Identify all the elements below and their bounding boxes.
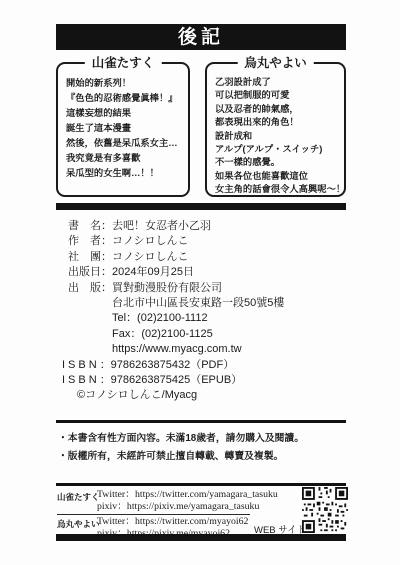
notice-line-copyright: ・版權所有，未經許可禁止擅自轉載、轉賣及複製。 <box>58 448 304 466</box>
author-name-yamagara: 山雀たすく <box>85 54 162 72</box>
qr-code <box>302 487 348 533</box>
link-author-name: 山雀たすく <box>57 489 97 512</box>
author-links: 山雀たすく Twitter：https://twitter.com/yamaga… <box>57 489 278 539</box>
notice-rule-top <box>56 420 346 423</box>
afterword-line: アルプ(アルプ・スイッチ) <box>215 143 339 156</box>
afterword-line: 誕生了這本漫畫 <box>66 121 183 136</box>
isbn-pdf: ISBN：9786263875432（PDF） <box>62 358 284 373</box>
colophon: 書 名：去吧！女忍者小乙羽 作 者：コノシロしんこ 社 團：コノシロしんこ 出版… <box>68 219 284 404</box>
bottom-bar <box>56 534 346 541</box>
afterword-line: 『色色的忍術感覺眞棒！』 <box>66 91 183 106</box>
afterword-line: 我究竟是有多喜歡 <box>66 151 183 166</box>
colophon-label: 出版日： <box>68 265 112 280</box>
links-yamagara: 山雀たすく Twitter：https://twitter.com/yamaga… <box>57 489 278 512</box>
colophon-row-circle: 社 團：コノシロしんこ <box>68 250 284 265</box>
afterword-line: 都表現出來的角色！ <box>215 116 339 129</box>
page-title: 後記 <box>56 24 346 50</box>
afterword-line: 設計成和 <box>215 130 339 143</box>
afterword-line: 呆瓜型的女生啊…！！ <box>66 166 183 181</box>
afterword-box-karasuma: 烏丸やよい 乙羽設計成了 可以把制服的可愛 以及忍者的帥氣感， 都表現出來的角色… <box>205 62 346 197</box>
afterword-line: 女主角的話會很令人高興呢～！ <box>215 183 339 196</box>
colophon-value: 買對動漫股份有限公司 <box>112 282 222 294</box>
isbn-label: ISBN <box>62 373 100 388</box>
colophon-row-pubdate: 出版日：2024年09月25日 <box>68 265 284 280</box>
colophon-value: コノシロしんこ <box>112 235 189 247</box>
colophon-row-author: 作 者：コノシロしんこ <box>68 234 284 249</box>
afterword-line: 乙羽設計成了 <box>215 76 339 89</box>
isbn-label: ISBN <box>62 358 100 373</box>
afterword-text-yamagara: 開始的新系列！ 『色色的忍術感覺眞棒！』 這樣妄想的結果 誕生了這本漫畫 然後，… <box>58 64 188 181</box>
pixiv-url: pixiv：https://pixiv.me/yamagara_tasuku <box>97 501 278 513</box>
afterword-line: 這樣妄想的結果 <box>66 106 183 121</box>
afterword-line: 如果各位也能喜歡這位 <box>215 170 339 183</box>
links-divider <box>57 514 250 515</box>
isbn-epub: ISBN：9786263875425（EPUB） <box>62 373 284 388</box>
section-divider-bar <box>56 203 346 210</box>
afterword-line: 以及忍者的帥氣感， <box>215 103 339 116</box>
twitter-url: Twitter：https://twitter.com/myayoi62 <box>97 516 248 528</box>
colophon-label: 作 者： <box>68 234 112 249</box>
publisher-tel: Tel：(02)2100-1112 <box>68 311 284 326</box>
colophon-label: 書 名： <box>68 219 112 234</box>
afterword-line: 可以把制服的可愛 <box>215 89 339 102</box>
afterword-line: 不一樣的感覺。 <box>215 156 339 169</box>
notice-rule-bottom <box>56 483 346 486</box>
afterword-text-karasuma: 乙羽設計成了 可以把制服的可愛 以及忍者的帥氣感， 都表現出來的角色！ 設計成和… <box>207 64 344 197</box>
colophon-value: 2024年09月25日 <box>112 266 194 278</box>
afterword-box-yamagara: 山雀たすく 開始的新系列！ 『色色的忍術感覺眞棒！』 這樣妄想的結果 誕生了這本… <box>56 62 190 197</box>
publisher-address: 台北市中山區長安東路一段50號5樓 <box>68 296 284 311</box>
colophon-row-publisher: 出 版：買對動漫股份有限公司 <box>68 281 284 296</box>
colophon-value: コノシロしんこ <box>112 251 189 263</box>
publisher-fax: Fax：(02)2100-1125 <box>68 327 284 342</box>
notice-block: ・本書含有性方面內容。未滿18歲者，請勿購入及閱讀。 ・版權所有，未經許可禁止擅… <box>58 430 304 466</box>
afterword-line: 開始的新系列！ <box>66 76 183 91</box>
colophon-row-title: 書 名：去吧！女忍者小乙羽 <box>68 219 284 234</box>
publisher-website: https://www.myacg.com.tw <box>68 342 284 357</box>
colophon-label: 社 團： <box>68 250 112 265</box>
isbn-value: ：9786263875432（PDF） <box>100 359 235 371</box>
colophon-value: 去吧！女忍者小乙羽 <box>112 220 211 232</box>
notice-line-adult: ・本書含有性方面內容。未滿18歲者，請勿購入及閱讀。 <box>58 430 304 448</box>
author-name-karasuma: 烏丸やよい <box>237 54 314 72</box>
afterword-line: 然後，依舊是呆瓜系女主… <box>66 136 183 151</box>
isbn-value: ：9786263875425（EPUB） <box>100 374 242 386</box>
twitter-url: Twitter：https://twitter.com/yamagara_tas… <box>97 489 278 501</box>
afterword-page: 後記 山雀たすく 開始的新系列！ 『色色的忍術感覺眞棒！』 這樣妄想的結果 誕生… <box>0 0 400 565</box>
copyright-line: ©コノシロしんこ/Myacg <box>77 388 284 403</box>
colophon-label: 出 版： <box>68 281 112 296</box>
